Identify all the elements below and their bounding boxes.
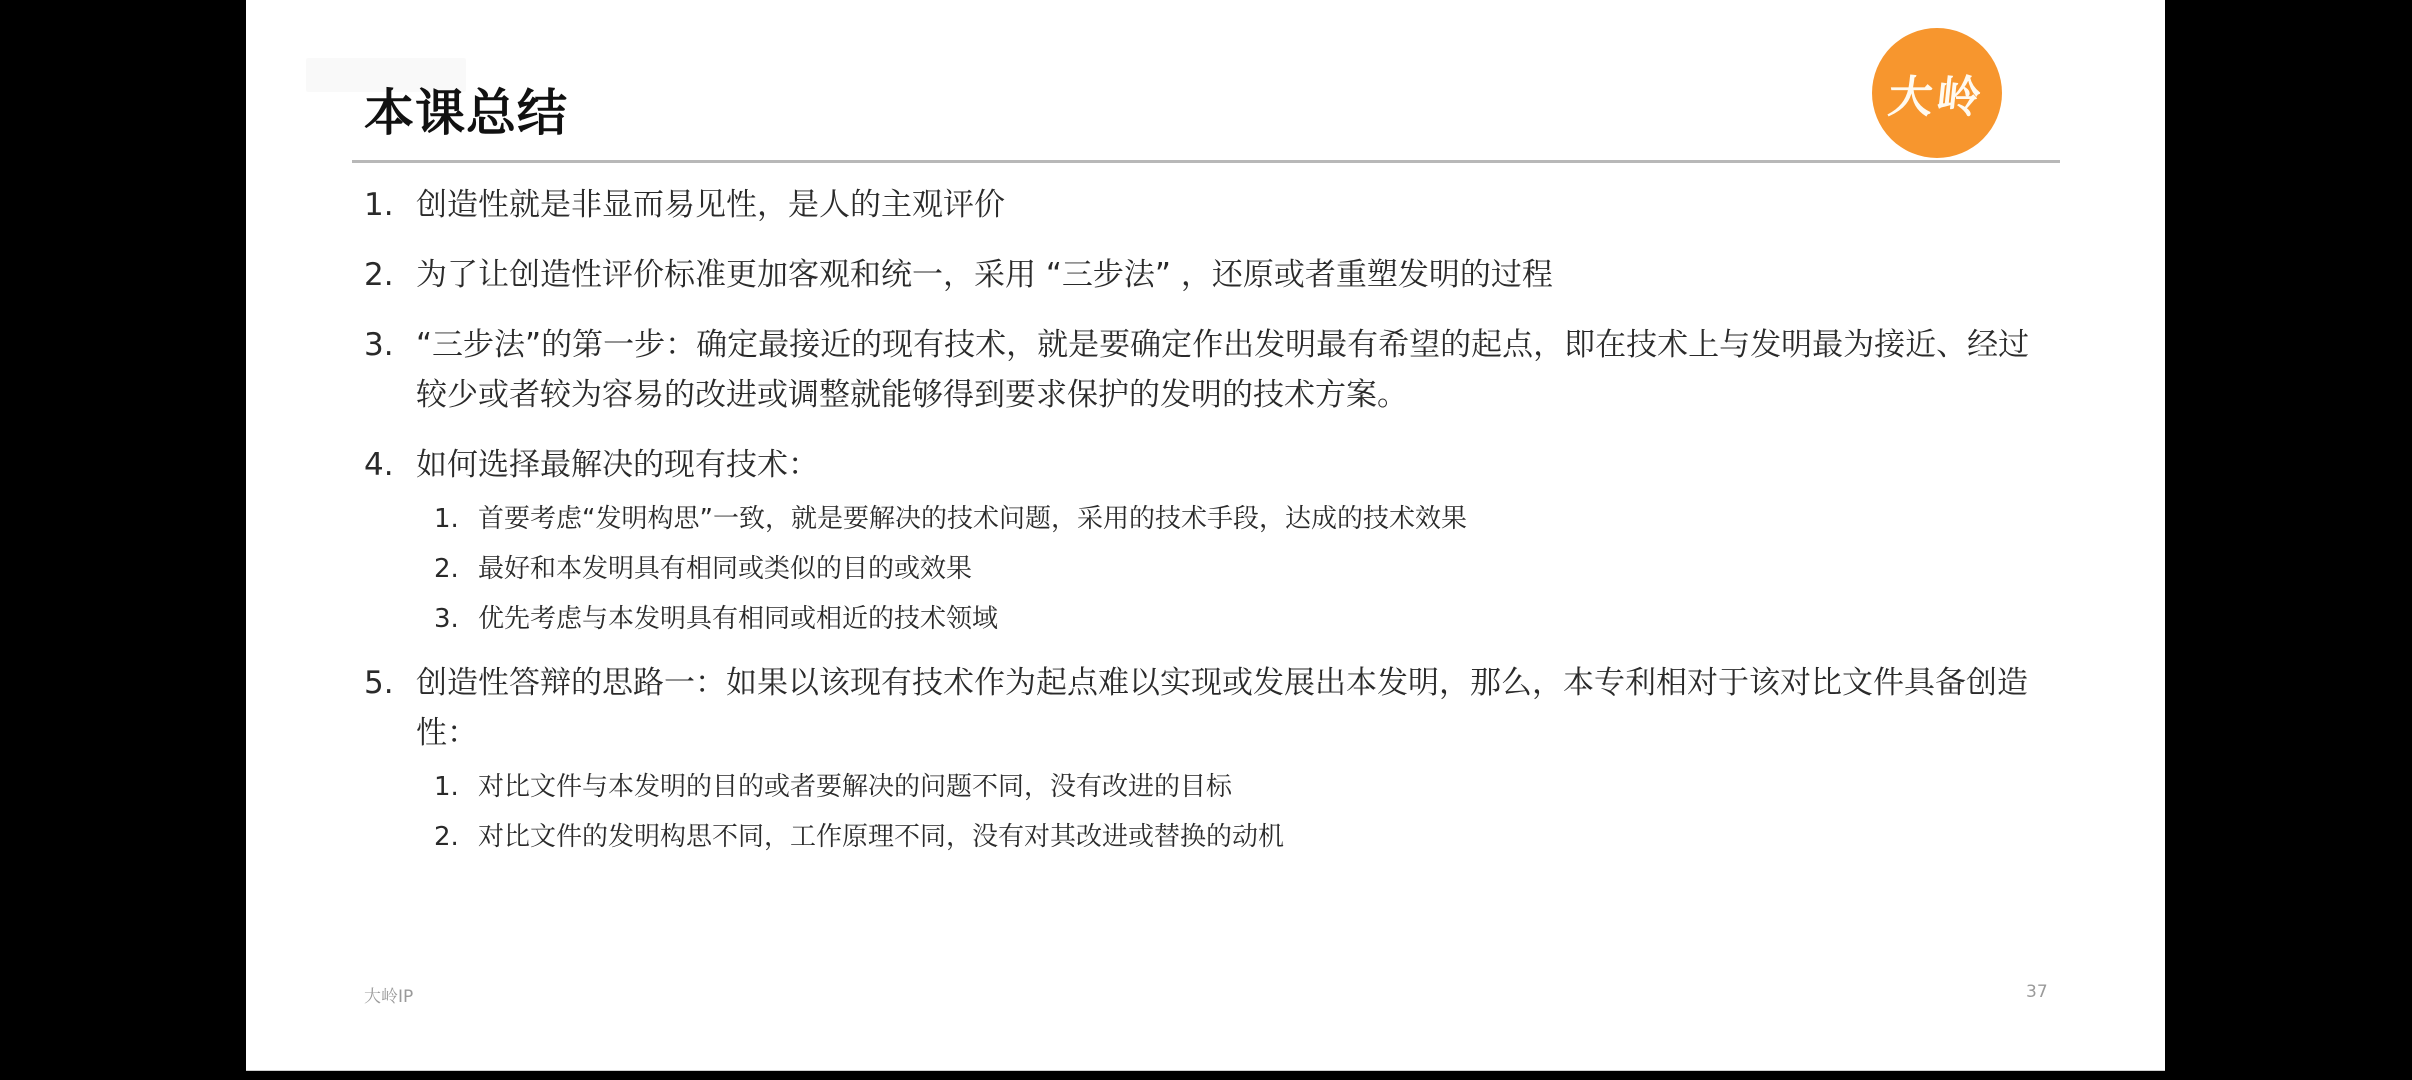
sublist: 1. 对比文件与本发明的目的或者要解决的问题不同，没有改进的目标 2. 对比文件… — [364, 762, 2054, 862]
page-number: 37 — [2026, 982, 2048, 1002]
subitem-number: 2. — [434, 812, 478, 862]
subitem-text: 优先考虑与本发明具有相同或相近的技术领域 — [478, 594, 998, 644]
sublist-item: 1. 对比文件与本发明的目的或者要解决的问题不同，没有改进的目标 — [364, 762, 2054, 812]
list-item: 5. 创造性答辩的思路一：如果以该现有技术作为起点难以实现或发展出本发明，那么，… — [364, 658, 2054, 758]
title-divider — [352, 160, 2060, 163]
slide-title: 本课总结 — [364, 88, 568, 138]
subitem-text: 对比文件的发明构思不同，工作原理不同，没有对其改进或替换的动机 — [478, 812, 1284, 862]
subitem-number: 2. — [434, 544, 478, 594]
subitem-text: 最好和本发明具有相同或类似的目的或效果 — [478, 544, 972, 594]
subitem-number: 1. — [434, 762, 478, 812]
item-number: 3. — [364, 320, 416, 420]
slide-viewer: 本课总结 大岭 1. 创造性就是非显而易见性，是人的主观评价 2. 为了让创造性… — [0, 0, 2412, 1080]
footer-brand: 大岭IP — [364, 982, 413, 1007]
presentation-slide[interactable]: 本课总结 大岭 1. 创造性就是非显而易见性，是人的主观评价 2. 为了让创造性… — [246, 0, 2165, 1070]
subitem-number: 3. — [434, 594, 478, 644]
item-text: “三步法”的第一步：确定最接近的现有技术，就是要确定作出发明最有希望的起点，即在… — [416, 320, 2054, 420]
subitem-number: 1. — [434, 494, 478, 544]
item-number: 5. — [364, 658, 416, 758]
sublist: 1. 首要考虑“发明构思”一致，就是要解决的技术问题，采用的技术手段，达成的技术… — [364, 494, 2054, 644]
item-text: 创造性答辩的思路一：如果以该现有技术作为起点难以实现或发展出本发明，那么，本专利… — [416, 658, 2054, 758]
list-item: 2. 为了让创造性评价标准更加客观和统一，采用 “三步法” ，还原或者重塑发明的… — [364, 250, 2054, 300]
item-number: 4. — [364, 440, 416, 490]
logo-text: 大岭 — [1886, 61, 1989, 125]
item-text: 创造性就是非显而易见性，是人的主观评价 — [416, 180, 2054, 230]
item-text: 如何选择最解决的现有技术： — [416, 440, 2054, 490]
list-item: 3. “三步法”的第一步：确定最接近的现有技术，就是要确定作出发明最有希望的起点… — [364, 320, 2054, 420]
sublist-item: 3. 优先考虑与本发明具有相同或相近的技术领域 — [364, 594, 2054, 644]
subitem-text: 对比文件与本发明的目的或者要解决的问题不同，没有改进的目标 — [478, 762, 1232, 812]
sublist-item: 2. 对比文件的发明构思不同，工作原理不同，没有对其改进或替换的动机 — [364, 812, 2054, 862]
list-item: 1. 创造性就是非显而易见性，是人的主观评价 — [364, 180, 2054, 230]
brand-logo: 大岭 — [1872, 28, 2002, 158]
item-number: 2. — [364, 250, 416, 300]
subitem-text: 首要考虑“发明构思”一致，就是要解决的技术问题，采用的技术手段，达成的技术效果 — [478, 494, 1467, 544]
item-text: 为了让创造性评价标准更加客观和统一，采用 “三步法” ，还原或者重塑发明的过程 — [416, 250, 2054, 300]
sublist-item: 1. 首要考虑“发明构思”一致，就是要解决的技术问题，采用的技术手段，达成的技术… — [364, 494, 2054, 544]
list-item: 4. 如何选择最解决的现有技术： — [364, 440, 2054, 490]
item-number: 1. — [364, 180, 416, 230]
summary-list: 1. 创造性就是非显而易见性，是人的主观评价 2. 为了让创造性评价标准更加客观… — [364, 180, 2054, 876]
sublist-item: 2. 最好和本发明具有相同或类似的目的或效果 — [364, 544, 2054, 594]
